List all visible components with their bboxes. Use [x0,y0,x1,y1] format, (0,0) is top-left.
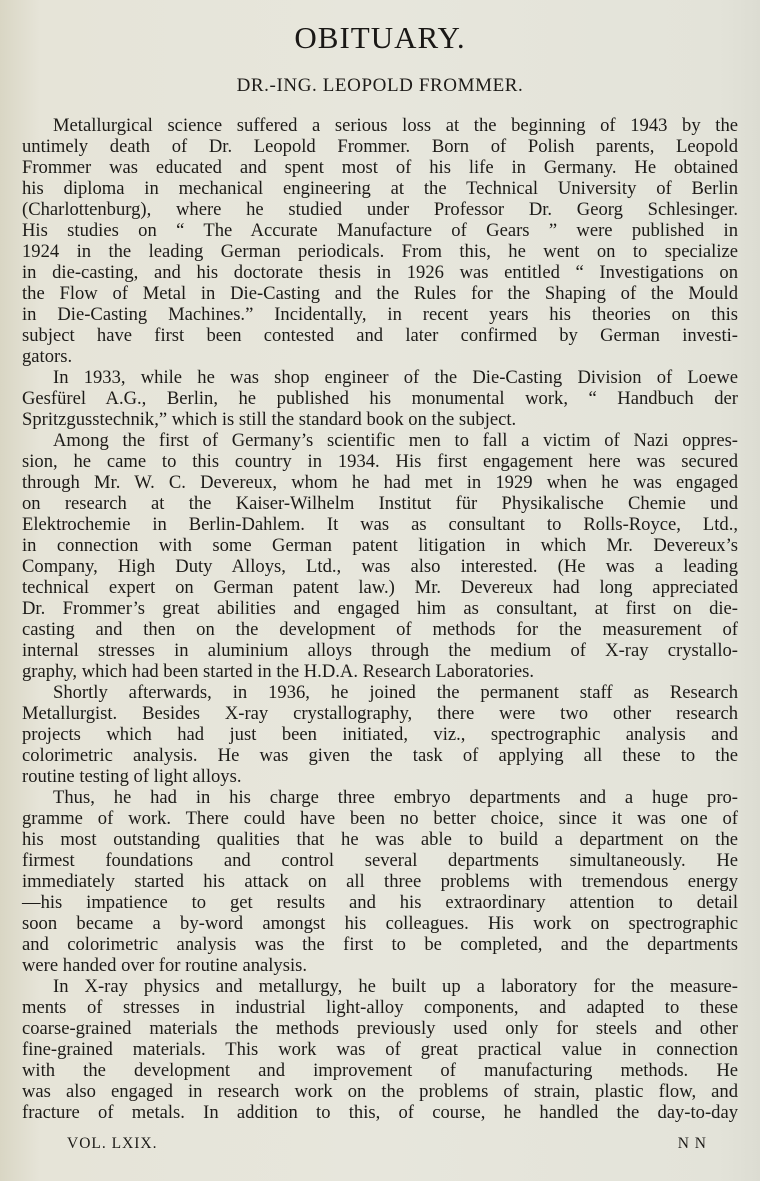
text-line: and colorimetric analysis was the first … [22,934,738,955]
page-title: OBITUARY. [22,20,738,56]
text-line: Company, High Duty Alloys, Ltd., was als… [22,556,738,577]
text-line: untimely death of Dr. Leopold Frommer. B… [22,136,738,157]
text-line: was also engaged in research work on the… [22,1081,738,1102]
text-line: Elektrochemie in Berlin-Dahlem. It was a… [22,514,738,535]
text-line: in Die-Casting Machines.” Incidentally, … [22,304,738,325]
printer-signature: N N [678,1135,707,1153]
text-line: firmest foundations and control several … [22,850,738,871]
text-line: In X-ray physics and metallurgy, he buil… [22,976,738,997]
text-line: fracture of metals. In addition to this,… [22,1102,738,1123]
text-line: —his impatience to get results and his e… [22,892,738,913]
text-line: through Mr. W. C. Devereux, whom he had … [22,472,738,493]
text-line: Thus, he had in his charge three embryo … [22,787,738,808]
text-line: sion, he came to this country in 1934. H… [22,451,738,472]
text-line: gramme of work. There could have been no… [22,808,738,829]
text-line: casting and then on the development of m… [22,619,738,640]
text-line: Among the first of Germany’s scientific … [22,430,738,451]
text-line: in connection with some German patent li… [22,535,738,556]
text-line: soon became a by-word amongst his collea… [22,913,738,934]
text-line: in die-casting, and his doctorate thesis… [22,262,738,283]
text-line: coarse-grained materials the methods pre… [22,1018,738,1039]
text-line: internal stresses in aluminium alloys th… [22,640,738,661]
text-line: Shortly afterwards, in 1936, he joined t… [22,682,738,703]
text-line: gators. [22,346,738,367]
text-line: were handed over for routine analysis. [22,955,738,976]
text-line: the Flow of Metal in Die-Casting and the… [22,283,738,304]
text-line: his diploma in mechanical engineering at… [22,178,738,199]
volume-number: VOL. LXIX. [67,1135,158,1153]
obituary-subject-heading: DR.-ING. LEOPOLD FROMMER. [22,75,738,97]
text-line: graphy, which had been started in the H.… [22,661,738,682]
text-line: Spritzgusstechnik,” which is still the s… [22,409,738,430]
text-line: Dr. Frommer’s great abilities and engage… [22,598,738,619]
text-line: (Charlottenburg), where he studied under… [22,199,738,220]
article-body: Metallurgical science suffered a serious… [22,115,738,1123]
text-line: 1924 in the leading German periodicals. … [22,241,738,262]
text-line: Metallurgical science suffered a serious… [22,115,738,136]
text-line: subject have first been contested and la… [22,325,738,346]
text-line: projects which had just been initiated, … [22,724,738,745]
text-line: with the development and improvement of … [22,1060,738,1081]
text-line: Metallurgist. Besides X-ray crystallogra… [22,703,738,724]
text-line: immediately started his attack on all th… [22,871,738,892]
text-line: Frommer was educated and spent most of h… [22,157,738,178]
text-line: fine-grained materials. This work was of… [22,1039,738,1060]
text-line: his most outstanding qualities that he w… [22,829,738,850]
text-line: In 1933, while he was shop engineer of t… [22,367,738,388]
text-line: technical expert on German patent law.) … [22,577,738,598]
text-line: Gesfürel A.G., Berlin, he published his … [22,388,738,409]
text-line: routine testing of light alloys. [22,766,738,787]
text-line: colorimetric analysis. He was given the … [22,745,738,766]
text-line: His studies on “ The Accurate Manufactur… [22,220,738,241]
text-line: ments of stresses in industrial light-al… [22,997,738,1018]
text-line: on research at the Kaiser-Wilhelm Instit… [22,493,738,514]
